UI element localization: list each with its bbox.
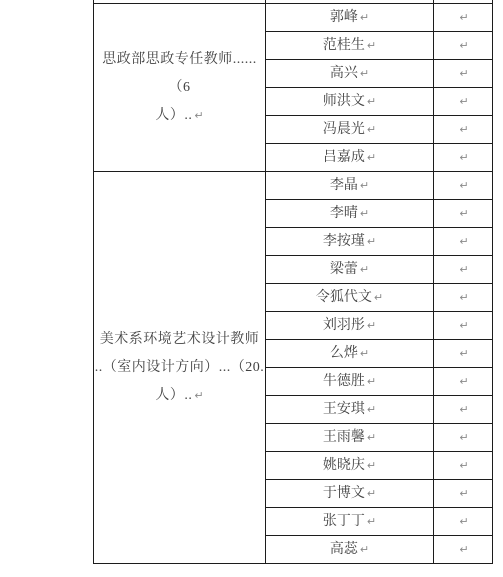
section-label: 思政部思政专任教师......（6 人）.. bbox=[102, 52, 257, 123]
name-cell: 王雨馨↵ bbox=[266, 424, 434, 452]
name-cell: 高兴↵ bbox=[266, 60, 434, 88]
section-label-cell: 思政部思政专任教师......（6 人）..↵ bbox=[94, 4, 266, 172]
name-cell: 张丁丁↵ bbox=[266, 508, 434, 536]
row-end-mark: ↵ bbox=[434, 228, 493, 256]
teacher-name: 王安琪 bbox=[323, 402, 365, 417]
paragraph-mark-icon: ↵ bbox=[360, 347, 369, 360]
teacher-name: 郭峰 bbox=[330, 10, 358, 25]
teacher-name: 高蕊 bbox=[330, 542, 358, 557]
name-cell: 郭峰↵ bbox=[266, 4, 434, 32]
paragraph-mark-icon: ↵ bbox=[360, 67, 369, 80]
name-cell: 令狐代文↵ bbox=[266, 284, 434, 312]
teacher-name: 李按瑾 bbox=[323, 234, 365, 249]
name-cell: 吕嘉成↵ bbox=[266, 144, 434, 172]
paragraph-mark-icon: ↵ bbox=[459, 431, 468, 444]
row-end-mark: ↵ bbox=[434, 284, 493, 312]
paragraph-mark-icon: ↵ bbox=[367, 39, 376, 52]
paragraph-mark-icon: ↵ bbox=[459, 39, 468, 52]
paragraph-mark-icon: ↵ bbox=[459, 11, 468, 24]
row-end-mark: ↵ bbox=[434, 452, 493, 480]
paragraph-mark-icon: ↵ bbox=[459, 543, 468, 556]
paragraph-mark-icon: ↵ bbox=[459, 319, 468, 332]
paragraph-mark-icon: ↵ bbox=[374, 291, 383, 304]
teacher-name: 姚晓庆 bbox=[323, 458, 365, 473]
paragraph-mark-icon: ↵ bbox=[360, 207, 369, 220]
document-page: 思政部思政专任教师......（6 人）..↵ 郭峰↵ ↵ 范桂生↵ ↵ 高兴↵… bbox=[0, 0, 503, 577]
paragraph-mark-icon: ↵ bbox=[360, 543, 369, 556]
name-cell: 王安琪↵ bbox=[266, 396, 434, 424]
paragraph-mark-icon: ↵ bbox=[459, 179, 468, 192]
paragraph-mark-icon: ↵ bbox=[459, 95, 468, 108]
teacher-name: 刘羽彤 bbox=[323, 318, 365, 333]
name-cell: 刘羽彤↵ bbox=[266, 312, 434, 340]
paragraph-mark-icon: ↵ bbox=[459, 67, 468, 80]
paragraph-mark-icon: ↵ bbox=[360, 179, 369, 192]
row-end-mark: ↵ bbox=[434, 340, 493, 368]
paragraph-mark-icon: ↵ bbox=[459, 403, 468, 416]
row-end-mark: ↵ bbox=[434, 256, 493, 284]
teacher-table: 思政部思政专任教师......（6 人）..↵ 郭峰↵ ↵ 范桂生↵ ↵ 高兴↵… bbox=[93, 0, 493, 564]
teacher-name: 于博文 bbox=[323, 486, 365, 501]
name-cell: 师洪文↵ bbox=[266, 88, 434, 116]
teacher-name: 冯晨光 bbox=[323, 122, 365, 137]
name-cell: 牛德胜↵ bbox=[266, 368, 434, 396]
row-end-mark: ↵ bbox=[434, 4, 493, 32]
teacher-name: 张丁丁 bbox=[323, 514, 365, 529]
paragraph-mark-icon: ↵ bbox=[459, 207, 468, 220]
paragraph-mark-icon: ↵ bbox=[367, 319, 376, 332]
row-end-mark: ↵ bbox=[434, 144, 493, 172]
paragraph-mark-icon: ↵ bbox=[360, 263, 369, 276]
paragraph-mark-icon: ↵ bbox=[459, 123, 468, 136]
row-end-mark: ↵ bbox=[434, 396, 493, 424]
name-cell: 李晴↵ bbox=[266, 200, 434, 228]
paragraph-mark-icon: ↵ bbox=[459, 291, 468, 304]
paragraph-mark-icon: ↵ bbox=[367, 151, 376, 164]
paragraph-mark-icon: ↵ bbox=[367, 515, 376, 528]
paragraph-mark-icon: ↵ bbox=[459, 375, 468, 388]
paragraph-mark-icon: ↵ bbox=[367, 235, 376, 248]
section-label: 美术系环境艺术设计教师 ..（室内设计方向）...（20.人）.. bbox=[95, 332, 265, 403]
paragraph-mark-icon: ↵ bbox=[459, 235, 468, 248]
teacher-name: 师洪文 bbox=[323, 94, 365, 109]
row-end-mark: ↵ bbox=[434, 32, 493, 60]
row-end-mark: ↵ bbox=[434, 424, 493, 452]
paragraph-mark-icon: ↵ bbox=[194, 109, 203, 122]
table-row: 思政部思政专任教师......（6 人）..↵ 郭峰↵ ↵ bbox=[94, 4, 493, 32]
name-cell: 范桂生↵ bbox=[266, 32, 434, 60]
paragraph-mark-icon: ↵ bbox=[367, 375, 376, 388]
row-end-mark: ↵ bbox=[434, 312, 493, 340]
name-cell: 李晶↵ bbox=[266, 172, 434, 200]
paragraph-mark-icon: ↵ bbox=[367, 123, 376, 136]
section-label-cell: 美术系环境艺术设计教师 ..（室内设计方向）...（20.人）..↵ bbox=[94, 172, 266, 564]
name-cell: 姚晓庆↵ bbox=[266, 452, 434, 480]
row-end-mark: ↵ bbox=[434, 172, 493, 200]
teacher-name: 梁蕾 bbox=[330, 262, 358, 277]
name-cell: 高蕊↵ bbox=[266, 536, 434, 564]
teacher-name: 吕嘉成 bbox=[323, 150, 365, 165]
teacher-name: 高兴 bbox=[330, 66, 358, 81]
table-row: 美术系环境艺术设计教师 ..（室内设计方向）...（20.人）..↵ 李晶↵ ↵ bbox=[94, 172, 493, 200]
row-end-mark: ↵ bbox=[434, 116, 493, 144]
teacher-name: 牛德胜 bbox=[323, 374, 365, 389]
paragraph-mark-icon: ↵ bbox=[459, 263, 468, 276]
paragraph-mark-icon: ↵ bbox=[459, 487, 468, 500]
teacher-name: 令狐代文 bbox=[316, 290, 372, 305]
paragraph-mark-icon: ↵ bbox=[459, 515, 468, 528]
paragraph-mark-icon: ↵ bbox=[194, 389, 203, 402]
row-end-mark: ↵ bbox=[434, 60, 493, 88]
paragraph-mark-icon: ↵ bbox=[367, 459, 376, 472]
row-end-mark: ↵ bbox=[434, 508, 493, 536]
teacher-name: 么烨 bbox=[330, 346, 358, 361]
teacher-name: 李晶 bbox=[330, 178, 358, 193]
row-end-mark: ↵ bbox=[434, 200, 493, 228]
row-end-mark: ↵ bbox=[434, 88, 493, 116]
teacher-name: 王雨馨 bbox=[323, 430, 365, 445]
name-cell: 冯晨光↵ bbox=[266, 116, 434, 144]
row-end-mark: ↵ bbox=[434, 536, 493, 564]
teacher-name: 李晴 bbox=[330, 206, 358, 221]
paragraph-mark-icon: ↵ bbox=[459, 347, 468, 360]
paragraph-mark-icon: ↵ bbox=[367, 95, 376, 108]
row-end-mark: ↵ bbox=[434, 368, 493, 396]
name-cell: 李按瑾↵ bbox=[266, 228, 434, 256]
paragraph-mark-icon: ↵ bbox=[367, 403, 376, 416]
row-end-mark: ↵ bbox=[434, 480, 493, 508]
name-cell: 么烨↵ bbox=[266, 340, 434, 368]
paragraph-mark-icon: ↵ bbox=[459, 459, 468, 472]
paragraph-mark-icon: ↵ bbox=[459, 151, 468, 164]
name-cell: 于博文↵ bbox=[266, 480, 434, 508]
paragraph-mark-icon: ↵ bbox=[367, 431, 376, 444]
name-cell: 梁蕾↵ bbox=[266, 256, 434, 284]
teacher-name: 范桂生 bbox=[323, 38, 365, 53]
paragraph-mark-icon: ↵ bbox=[360, 11, 369, 24]
paragraph-mark-icon: ↵ bbox=[367, 487, 376, 500]
